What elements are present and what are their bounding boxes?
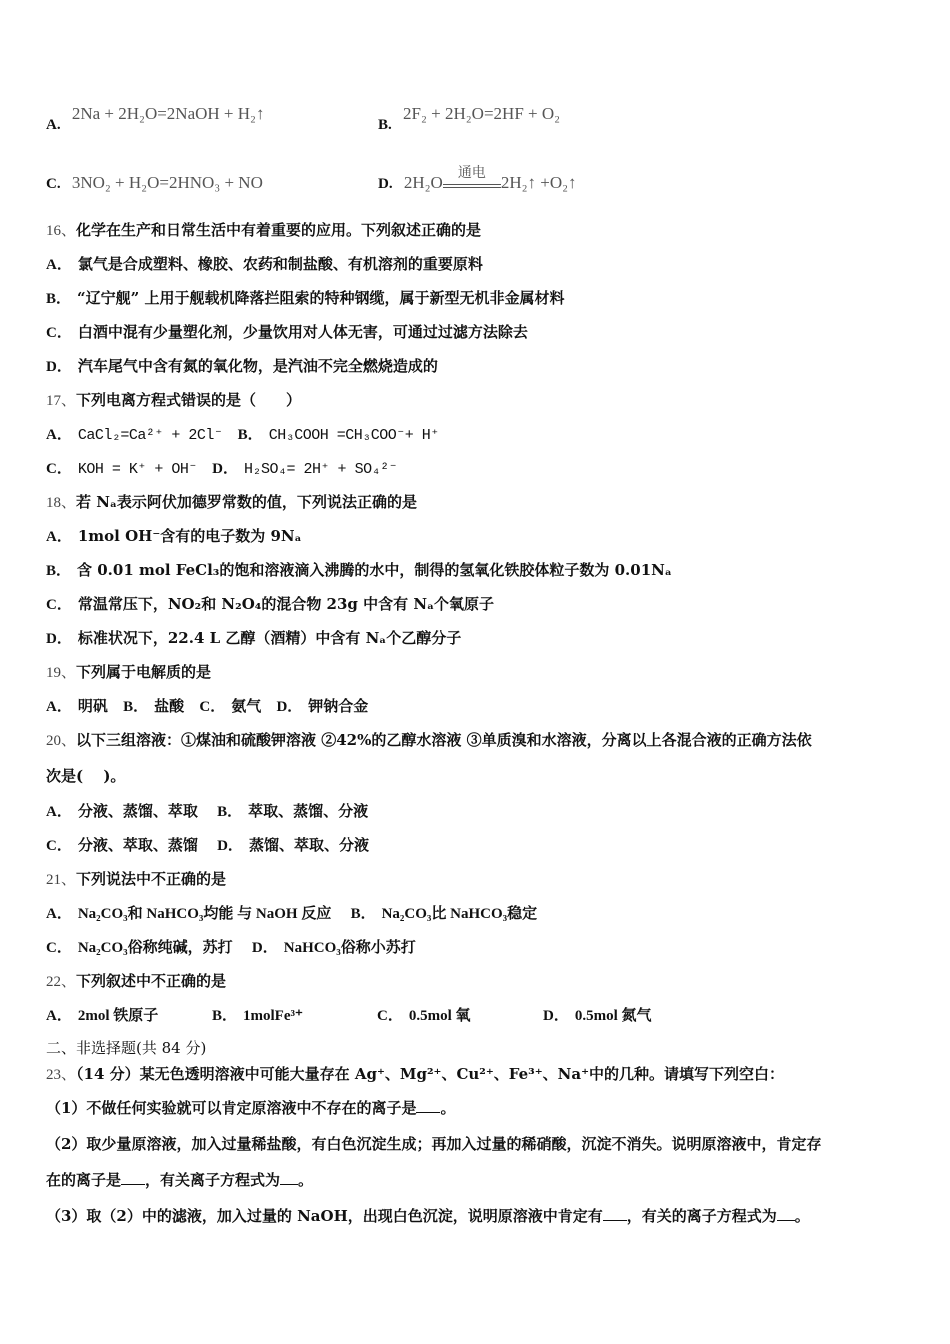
option-text: 氨气	[231, 697, 261, 715]
q17-options-row1: A．CaCl₂=Ca²⁺ + 2Cl⁻ B．CH₃COOH =CH₃COO⁻+ …	[46, 424, 439, 446]
option-text: 明矾	[78, 697, 108, 715]
q16-stem: 16、化学在生产和日常生活中有着重要的应用。下列叙述正确的是	[46, 220, 481, 241]
q22-option-a: A．2mol 铁原子	[46, 1005, 158, 1026]
q16-option-a: A．氯气是合成塑料、橡胶、农药和制盐酸、有机溶剂的重要原料	[46, 254, 483, 275]
question-number: 18、	[46, 495, 76, 511]
q22-option-b: B．1molFe³⁺	[212, 1005, 303, 1026]
option-text: 分液、萃取、蒸馏	[78, 836, 198, 854]
option-text: 蒸馏、萃取、分液	[249, 836, 369, 854]
question-number: 22、	[46, 974, 76, 990]
question-text: （14 分）某无色透明溶液中可能大量存在 Ag⁺、Mg²⁺、Cu²⁺、Fe³⁺、…	[76, 1065, 784, 1083]
option-text: “辽宁舰” 上用于舰载机降落拦阻索的特种钢缆，属于新型无机非金属材料	[77, 289, 564, 307]
option-text: 汽车尾气中含有氮的氧化物，是汽油不完全燃烧造成的	[78, 357, 438, 375]
equation-right: 2H₂↑ +O₂↑	[501, 173, 577, 192]
answer-blank[interactable]	[603, 1206, 627, 1221]
q19-stem: 19、下列属于电解质的是	[46, 662, 211, 683]
q23-stem: 23、（14 分）某无色透明溶液中可能大量存在 Ag⁺、Mg²⁺、Cu²⁺、Fe…	[46, 1064, 784, 1085]
option-text: KOH = K⁺ + OH⁻	[78, 461, 197, 478]
equation: 2Na + 2H₂O=2NaOH + H₂↑	[72, 104, 265, 123]
q16-option-b: B．“辽宁舰” 上用于舰载机降落拦阻索的特种钢缆，属于新型无机非金属材料	[46, 288, 565, 309]
q18-option-b: B．含 0.01 mol FeCl₃的饱和溶液滴入沸腾的水中，制得的氢氧化铁胶体…	[46, 560, 672, 581]
q15-option-c: C. 3NO₂ + H₂O=2HNO₃ + NO	[46, 173, 263, 194]
part-text: 。	[440, 1099, 455, 1117]
equation-left: 2H₂O	[404, 173, 443, 192]
answer-blank[interactable]	[280, 1170, 298, 1185]
question-text: 下列叙述中不正确的是	[76, 972, 226, 990]
q21-stem: 21、下列说法中不正确的是	[46, 869, 226, 890]
option-text: 盐酸	[154, 697, 184, 715]
option-label: A．	[46, 1008, 72, 1024]
option-label: C．	[46, 597, 72, 613]
option-text: 标准状况下，22.4 L 乙醇（酒精）中含有 Nₐ个乙醇分子	[78, 629, 461, 647]
q18-stem: 18、若 Nₐ表示阿伏加德罗常数的值，下列说法正确的是	[46, 492, 417, 513]
option-label: D.	[378, 176, 393, 192]
option-text: 2mol 铁原子	[78, 1008, 158, 1024]
question-text: 下列电离方程式错误的是（ ）	[76, 391, 301, 409]
option-label: A．	[46, 257, 72, 273]
option-label: B．	[46, 563, 71, 579]
q20-options-row2: C．分液、萃取、蒸馏 D．蒸馏、萃取、分液	[46, 835, 369, 856]
option-label: D．	[217, 838, 243, 854]
option-text: H₂SO₄= 2H⁺ + SO₄²⁻	[244, 461, 397, 478]
equation: 2F₂ + 2H₂O=2HF + O₂	[403, 104, 560, 123]
option-text: 钾钠合金	[308, 697, 368, 715]
q16-option-c: C．白酒中混有少量塑化剂，少量饮用对人体无害，可通过过滤方法除去	[46, 322, 528, 343]
question-number: 16、	[46, 223, 76, 239]
question-number: 20、	[46, 733, 76, 749]
answer-blank[interactable]	[416, 1098, 440, 1113]
option-label: A．	[46, 427, 72, 443]
option-label: C．	[46, 838, 72, 854]
q18-option-c: C．常温常压下，NO₂和 N₂O₄的混合物 23g 中含有 Nₐ个氧原子	[46, 594, 494, 615]
q15-option-d: D. 2H₂O通电2H₂↑ +O₂↑	[378, 173, 577, 194]
question-text: 下列说法中不正确的是	[76, 870, 226, 888]
option-label: B．	[351, 906, 376, 922]
q23-part3: （3）取（2）中的滤液，加入过量的 NaOH，出现白色沉淀，说明原溶液中肯定有，…	[46, 1206, 810, 1226]
option-text: 0.5mol 氧	[409, 1008, 471, 1024]
q21-options-row2: C．Na₂CO₃俗称纯碱，苏打 D．NaHCO₃俗称小苏打	[46, 937, 416, 958]
option-label: B．	[123, 699, 148, 715]
option-text: 分液、蒸馏、萃取	[78, 802, 198, 820]
q22-stem: 22、下列叙述中不正确的是	[46, 971, 226, 992]
part-text: 。	[298, 1171, 313, 1189]
option-label: A.	[46, 117, 61, 133]
reaction-condition: 通电	[443, 163, 501, 183]
option-text: 1molFe³⁺	[243, 1008, 303, 1024]
q23-part1: （1）不做任何实验就可以肯定原溶液中不存在的离子是。	[46, 1098, 455, 1118]
option-label: D．	[46, 631, 72, 647]
q20-stem-line2: 次是( )。	[46, 766, 125, 786]
part-text: 。	[795, 1207, 810, 1225]
option-text: Na₂CO₃比 NaHCO₃稳定	[382, 906, 538, 922]
question-text: 若 Nₐ表示阿伏加德罗常数的值，下列说法正确的是	[76, 493, 417, 511]
q16-option-d: D．汽车尾气中含有氮的氧化物，是汽油不完全燃烧造成的	[46, 356, 438, 377]
q21-options-row1: A．Na₂CO₃和 NaHCO₃均能 与 NaOH 反应 B．Na₂CO₃比 N…	[46, 903, 537, 924]
question-number: 17、	[46, 393, 76, 409]
option-text: 1mol OH⁻含有的电子数为 9Nₐ	[78, 527, 302, 545]
question-text: 化学在生产和日常生活中有着重要的应用。下列叙述正确的是	[76, 221, 481, 239]
option-label: B．	[217, 804, 242, 820]
option-label: D．	[276, 699, 302, 715]
question-text: 下列属于电解质的是	[76, 663, 211, 681]
option-text: Na₂CO₃和 NaHCO₃均能 与 NaOH 反应	[78, 906, 332, 922]
q18-option-d: D．标准状况下，22.4 L 乙醇（酒精）中含有 Nₐ个乙醇分子	[46, 628, 461, 649]
question-number: 23、	[46, 1067, 76, 1083]
option-text: NaHCO₃俗称小苏打	[284, 940, 416, 956]
part-text: ，有关离子方程式为	[145, 1171, 280, 1189]
option-label: D．	[212, 461, 238, 477]
option-text: 常温常压下，NO₂和 N₂O₄的混合物 23g 中含有 Nₐ个氧原子	[78, 595, 494, 613]
q23-part2-line1: （2）取少量原溶液，加入过量稀盐酸，有白色沉淀生成；再加入过量的稀硝酸，沉淀不消…	[46, 1134, 821, 1154]
q18-option-a: A．1mol OH⁻含有的电子数为 9Nₐ	[46, 526, 302, 547]
option-label: C.	[46, 176, 61, 192]
question-number: 21、	[46, 872, 76, 888]
option-label: A．	[46, 804, 72, 820]
q15-option-a: A. 2Na + 2H₂O=2NaOH + H₂↑	[46, 114, 264, 135]
option-label: C．	[46, 940, 72, 956]
option-label: D．	[46, 359, 72, 375]
part-text: （3）取（2）中的滤液，加入过量的 NaOH，出现白色沉淀，说明原溶液中肯定有	[46, 1207, 603, 1225]
section-title: 二、非选择题(共 84 分)	[46, 1038, 206, 1058]
option-text: CaCl₂=Ca²⁺ + 2Cl⁻	[78, 427, 223, 444]
option-label: C．	[46, 461, 72, 477]
option-text: 含 0.01 mol FeCl₃的饱和溶液滴入沸腾的水中，制得的氢氧化铁胶体粒子…	[77, 561, 672, 579]
electrolysis-arrow: 通电	[443, 175, 501, 193]
question-number: 19、	[46, 665, 76, 681]
option-label: A．	[46, 699, 72, 715]
q22-option-c: C．0.5mol 氧	[377, 1005, 471, 1026]
option-label: B．	[238, 427, 263, 443]
equation: 3NO₂ + H₂O=2HNO₃ + NO	[72, 173, 263, 192]
option-label: D．	[543, 1008, 569, 1024]
option-label: D．	[252, 940, 278, 956]
option-text: 萃取、蒸馏、分液	[248, 802, 368, 820]
option-label: B．	[212, 1008, 237, 1024]
q20-stem-line1: 20、以下三组溶液：①煤油和硫酸钾溶液 ②42%的乙醇水溶液 ③单质溴和水溶液，…	[46, 730, 812, 751]
q17-stem: 17、下列电离方程式错误的是（ ）	[46, 390, 301, 411]
answer-blank[interactable]	[777, 1206, 795, 1221]
option-label: B.	[378, 117, 392, 133]
part-text: （1）不做任何实验就可以肯定原溶液中不存在的离子是	[46, 1099, 416, 1117]
option-text: 0.5mol 氮气	[575, 1008, 652, 1024]
part-text: 在的离子是	[46, 1171, 121, 1189]
q19-options: A．明矾 B．盐酸 C．氨气 D．钾钠合金	[46, 696, 368, 717]
option-label: B．	[46, 291, 71, 307]
option-label: A．	[46, 529, 72, 545]
option-text: Na₂CO₃俗称纯碱，苏打	[78, 940, 233, 956]
option-label: C．	[199, 699, 225, 715]
answer-blank[interactable]	[121, 1170, 145, 1185]
part-text: ，有关的离子方程式为	[627, 1207, 777, 1225]
question-text: 以下三组溶液：①煤油和硫酸钾溶液 ②42%的乙醇水溶液 ③单质溴和水溶液，分离以…	[76, 731, 812, 749]
q15-option-b: B. 2F₂ + 2H₂O=2HF + O₂	[378, 114, 560, 135]
option-text: CH₃COOH =CH₃COO⁻+ H⁺	[269, 427, 439, 444]
option-label: C．	[46, 325, 72, 341]
option-label: A．	[46, 906, 72, 922]
q23-part2-line2: 在的离子是，有关离子方程式为。	[46, 1170, 313, 1190]
option-text: 氯气是合成塑料、橡胶、农药和制盐酸、有机溶剂的重要原料	[78, 255, 483, 273]
part-text: （2）取少量原溶液，加入过量稀盐酸，有白色沉淀生成；再加入过量的稀硝酸，沉淀不消…	[46, 1135, 821, 1153]
question-text: 次是( )。	[46, 767, 125, 785]
q17-options-row2: C．KOH = K⁺ + OH⁻ D．H₂SO₄= 2H⁺ + SO₄²⁻	[46, 458, 397, 480]
option-label: C．	[377, 1008, 403, 1024]
q22-option-d: D．0.5mol 氮气	[543, 1005, 652, 1026]
option-text: 白酒中混有少量塑化剂，少量饮用对人体无害，可通过过滤方法除去	[78, 323, 528, 341]
q20-options-row1: A．分液、蒸馏、萃取 B．萃取、蒸馏、分液	[46, 801, 368, 822]
